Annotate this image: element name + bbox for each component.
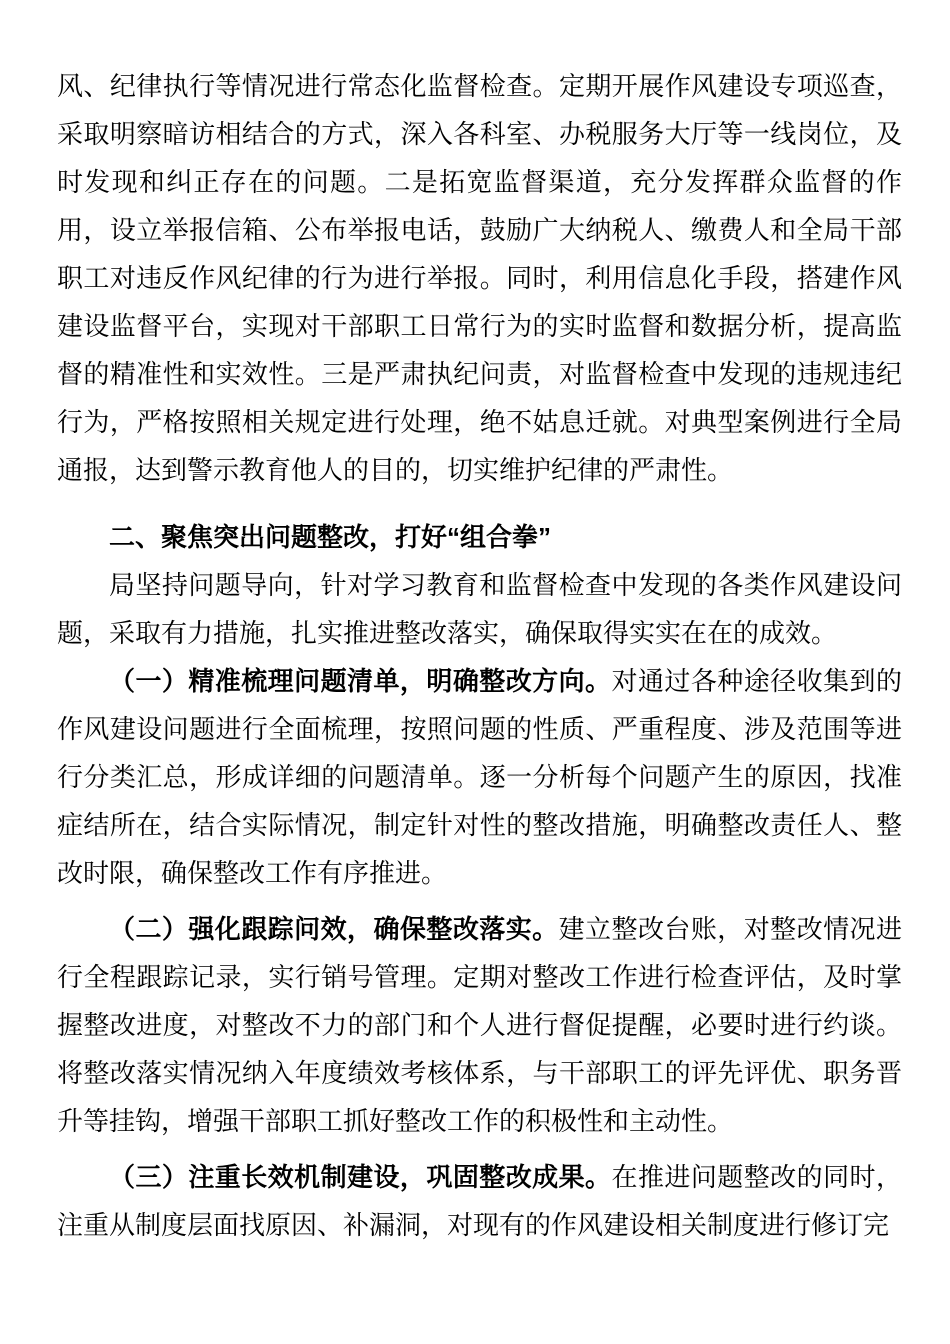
paragraph: 风、纪律执行等情况进行常态化监督检查。定期开展作风建设专项巡查，采取明察暗访相结… bbox=[57, 62, 902, 494]
text-run: 对通过各种途径收集到的作风建设问题进行全面梳理，按照问题的性质、严重程度、涉及范… bbox=[57, 666, 902, 888]
paragraph: （一）精准梳理问题清单，明确整改方向。对通过各种途径收集到的作风建设问题进行全面… bbox=[57, 657, 902, 897]
text-run: 风、纪律执行等情况进行常态化监督检查。定期开展作风建设专项巡查，采取明察暗访相结… bbox=[57, 71, 902, 485]
document-page: 风、纪律执行等情况进行常态化监督检查。定期开展作风建设专项巡查，采取明察暗访相结… bbox=[0, 0, 950, 1344]
bold-lead-run: （一）精准梳理问题清单，明确整改方向。 bbox=[109, 666, 612, 696]
section-heading: 二、聚焦突出问题整改，打好“组合拳” bbox=[57, 513, 902, 561]
text-run: 建立整改台账，对整改情况进行全程跟踪记录，实行销号管理。定期对整改工作进行检查评… bbox=[57, 914, 902, 1136]
text-run: 局坚持问题导向，针对学习教育和监督检查中发现的各类作风建设问题，采取有力措施，扎… bbox=[57, 570, 902, 648]
paragraph: （三）注重长效机制建设，巩固整改成果。在推进问题整改的同时，注重从制度层面找原因… bbox=[57, 1153, 902, 1249]
document-text-body: 风、纪律执行等情况进行常态化监督检查。定期开展作风建设专项巡查，采取明察暗访相结… bbox=[57, 62, 902, 1249]
paragraph: 局坚持问题导向，针对学习教育和监督检查中发现的各类作风建设问题，采取有力措施，扎… bbox=[57, 561, 902, 657]
paragraph: （二）强化跟踪问效，确保整改落实。建立整改台账，对整改情况进行全程跟踪记录，实行… bbox=[57, 905, 902, 1145]
bold-lead-run: 二、聚焦突出问题整改，打好“组合拳” bbox=[109, 522, 551, 552]
bold-lead-run: （三）注重长效机制建设，巩固整改成果。 bbox=[109, 1162, 612, 1192]
bold-lead-run: （二）强化跟踪问效，确保整改落实。 bbox=[109, 914, 559, 944]
